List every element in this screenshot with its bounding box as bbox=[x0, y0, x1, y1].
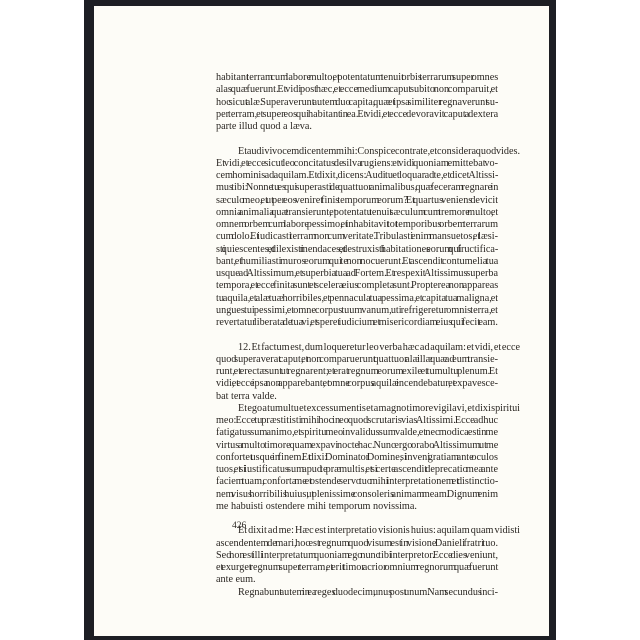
text-line: nem visus horribilis huius, ut plenissim… bbox=[216, 489, 498, 501]
text-line: revertatur liberata de tua vi, et speret… bbox=[216, 317, 498, 329]
text-line: Sed non est illi interpretatum quoniam e… bbox=[216, 550, 498, 562]
page-number: 426 bbox=[232, 521, 246, 531]
text-line: vidi, et ecce ipsa non apparebant, et om… bbox=[216, 378, 498, 390]
text-line: alas quæ fuerunt. Et vidi post hæc, et e… bbox=[216, 84, 498, 96]
text-line: Et ego a tumultu et excessu mentis et a … bbox=[216, 403, 520, 415]
text-line: omnia animalia quæ transierunt, et poten… bbox=[216, 207, 498, 219]
text-line: per terram, et super eos qui habitant in… bbox=[216, 109, 498, 121]
text-line: cem hominis ad aquilam. Et dixit, dicens… bbox=[216, 170, 498, 182]
text-line: ascendentem de mari, hoc est regnum quod… bbox=[216, 538, 498, 550]
text-line: faciem tuam, conforta me et ostende serv… bbox=[216, 476, 498, 488]
text-line: habitant terram cum labore multo, et pot… bbox=[216, 72, 498, 84]
text-line: tu aquila, et alæ tuæ horribiles, et pen… bbox=[216, 293, 498, 305]
text-line: ungues tui pessimi, et omne corpus tuum … bbox=[216, 305, 498, 317]
text-line: tempora, et ecce finita sunt et scelera … bbox=[216, 280, 498, 292]
text-line: usque ad Altissimum, et superbia tua ad … bbox=[216, 268, 498, 280]
text-line: Et vidi, et ecce sicut leo concitatus de… bbox=[216, 158, 498, 170]
page-text-body: habitant terram cum labore multo, et pot… bbox=[216, 72, 498, 599]
text-line: parte illud quod a læva. bbox=[216, 121, 498, 133]
paragraph: 12. Et factum est, dum loqueretur leo ve… bbox=[216, 342, 498, 403]
paragraph: Et ego a tumultu et excessu mentis et a … bbox=[216, 403, 498, 513]
text-line: et exurget regnum super terram, et erit … bbox=[216, 562, 498, 574]
text-line: virtus a multo timore quam expavi nocte … bbox=[216, 440, 498, 452]
paragraph: habitant terram cum labore multo, et pot… bbox=[216, 72, 498, 133]
text-line: me habuisti ostendere mihi temporum novi… bbox=[216, 501, 498, 513]
text-line: omnem orbem cum labore pessimo, et inhab… bbox=[216, 219, 498, 231]
text-line: tuos, et si iustificatus sum apud te præ… bbox=[216, 464, 498, 476]
paragraph: Et audivi vocem dicentem mihi: Conspice … bbox=[216, 146, 498, 330]
text-line: cum dolo. Et iudicasti terram non cum ve… bbox=[216, 231, 498, 243]
text-line: meo: Ecce tu præstitisti mihi hoc in eo … bbox=[216, 415, 498, 427]
paragraph: Regnabunt autem in ea reges duodecim, un… bbox=[216, 587, 498, 599]
text-line: bat terra valde. bbox=[216, 391, 498, 403]
text-line: 12. Et factum est, dum loqueretur leo ve… bbox=[216, 342, 520, 354]
text-line: quod superaverat caput, et non comparuer… bbox=[216, 354, 498, 366]
text-line: Regnabunt autem in ea reges duodecim, un… bbox=[216, 587, 498, 599]
text-line: runt, et erectæ sunt ut regnarent; et er… bbox=[216, 366, 498, 378]
text-line: Et audivi vocem dicentem mihi: Conspice … bbox=[216, 146, 520, 158]
text-line: sæculo meo, et ut per eos veniret finis … bbox=[216, 195, 498, 207]
text-line: fatigatus sum animo, et spiritu meo inva… bbox=[216, 427, 498, 439]
text-line: bant, et humiliasti muros eorum qui te n… bbox=[216, 256, 498, 268]
text-line: confortet usque in finem. Et dixi: Domin… bbox=[216, 452, 498, 464]
text-line: Et dixit ad me: Hæc est interpretatio vi… bbox=[216, 525, 520, 537]
text-line: sti quiescentes, et dilexisti mendaces, … bbox=[216, 244, 498, 256]
text-line: mus tibi: Nonne tu es qui superasti de q… bbox=[216, 182, 498, 194]
paragraph: Et dixit ad me: Hæc est interpretatio vi… bbox=[216, 525, 498, 586]
text-line: hoc sicut alæ. Superaverunt autem duo ca… bbox=[216, 97, 498, 109]
text-line: ante eum. bbox=[216, 574, 498, 586]
